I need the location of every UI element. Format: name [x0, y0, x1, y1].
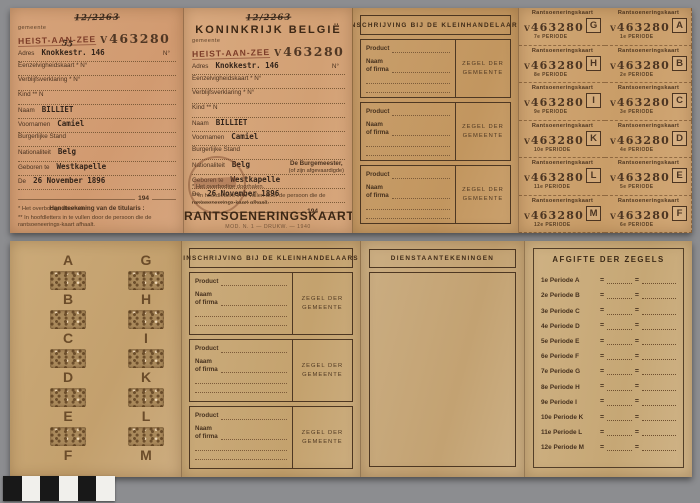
footnotes: * Het overbodige doorhalen. ** In hoofdl…	[192, 183, 344, 207]
field-label: Burgerlijke Stand	[192, 146, 240, 153]
ornament-stamp	[128, 349, 164, 368]
ornament-stamp	[50, 310, 86, 329]
field-label: Naam	[18, 107, 35, 114]
stamp-period: 5e PERIODE	[620, 184, 687, 190]
scale-segment	[59, 476, 78, 501]
letter-cell: G	[120, 253, 172, 292]
firm-name-label: Naamof firma	[195, 358, 218, 374]
year-prefix: 194	[138, 195, 149, 202]
retailer-block: Product Naamof firma ZEGEL DER GEMEENTE	[360, 165, 511, 224]
issue-row: 10e Periode K = =	[541, 406, 676, 421]
stamp-period: 11e PERIODE	[534, 184, 601, 190]
ornament-stamp	[128, 271, 164, 290]
issue-row: 9e Periode I = =	[541, 391, 676, 406]
stamp-period: 3e PERIODE	[620, 109, 687, 115]
field-row: Burgerlijke Stand	[18, 133, 176, 147]
field-label: Voornamen	[18, 121, 50, 128]
ration-stamp: Rantsoeneringskaart V463280 F 6e PERIODE	[605, 196, 692, 234]
stamp-serial: V463280	[610, 129, 670, 148]
field-label: Verblijfsverklaring * N°	[192, 89, 254, 96]
issue-row: 12e Periode M = =	[541, 436, 676, 451]
field-label: Eenzelvigheidskaart * N°	[18, 62, 87, 69]
panel-retailer-bottom: INSCHRIJVING BIJ DE KLEINHANDELAARS Prod…	[181, 241, 360, 477]
municipal-seal-cell: ZEGEL DER GEMEENTE	[292, 273, 352, 334]
field-label: De	[18, 178, 26, 185]
stamp-serial: V463280	[610, 91, 670, 110]
period-letter: I	[144, 331, 148, 345]
period-letter: E	[63, 409, 72, 423]
issue-row: 6e Periode F = =	[541, 345, 676, 360]
issue-row: 4e Periode D = =	[541, 315, 676, 330]
footnote-1: * Het overbodige doorhalen.	[18, 206, 175, 213]
stamp-serial: V463280	[524, 166, 584, 185]
municipal-seal-cell: ZEGEL DER GEMEENTE	[455, 166, 510, 223]
stamp-period: 10e PERIODE	[534, 147, 601, 153]
stamp-letter: H	[586, 56, 601, 71]
ration-stamp: Rantsoeneringskaart V463280 A 1e PERIODE	[605, 8, 692, 46]
issue-period-label: 10e Periode K	[541, 414, 597, 421]
period-letter: H	[141, 292, 151, 306]
field-row: Eenzelvigheidskaart * N°	[18, 62, 176, 76]
letter-cell: M	[120, 448, 172, 462]
period-letter: C	[63, 331, 73, 345]
firm-name-label: Naamof firma	[366, 184, 389, 200]
retailer-block: Product Naamof firma ZEGEL DER GEMEENTE	[189, 339, 353, 402]
ornament-stamp	[128, 427, 164, 446]
municipal-seal-cell: ZEGEL DER GEMEENTE	[292, 340, 352, 401]
field-row: Adres Knokkestr. 146 N°	[192, 61, 345, 75]
field-row: Nationaliteit Belg	[18, 147, 176, 161]
stamp-letter: B	[672, 56, 687, 71]
field-value: 26 November 1896	[29, 176, 176, 185]
issue-period-label: 4e Periode D	[541, 323, 597, 330]
issue-period-label: 2e Periode B	[541, 292, 597, 299]
stamp-serial: V463280	[524, 54, 584, 73]
retailer-block: Product Naamof firma ZEGEL DER GEMEENTE	[189, 272, 353, 335]
letter-column-right: G H I	[120, 253, 172, 462]
stamp-serial: V463280	[524, 91, 584, 110]
ornament-stamp	[50, 388, 86, 407]
period-letter: D	[63, 370, 73, 384]
period-letter: M	[140, 448, 152, 462]
field-label: Voornamen	[192, 134, 224, 141]
issue-row: 3e Periode C = =	[541, 299, 676, 314]
stamp-letter: G	[586, 18, 601, 33]
ration-stamp: Rantsoeneringskaart V463280 I 9e PERIODE	[519, 83, 605, 121]
field-value: BILLIET	[38, 105, 176, 114]
photo-scale-bar	[3, 476, 115, 501]
ration-stamp: Rantsoeneringskaart V463280 G 7e PERIODE	[519, 8, 605, 46]
letter-column-left: A B C	[42, 253, 94, 462]
identity-fields: Adres Knokkestr. 146 N° Eenzelvigheidska…	[18, 48, 176, 190]
ration-stamp: Rantsoeneringskaart V463280 B 2e PERIODE	[605, 46, 692, 84]
field-suffix: N°	[332, 63, 345, 70]
ration-stamp: Rantsoeneringskaart V463280 D 4e PERIODE	[605, 121, 692, 159]
footnote-2: ** In hoofdletters in te vullen door de …	[192, 193, 344, 207]
year-line: 194	[18, 195, 176, 202]
scale-segment	[3, 476, 22, 501]
stamp-letter: F	[672, 206, 687, 221]
letter-cell: L	[120, 409, 172, 448]
stamp-serial: V463280	[610, 204, 670, 223]
country-header: KONINKRIJK BELGIË	[192, 24, 345, 36]
firm-name-label: Naamof firma	[366, 121, 389, 137]
field-row: Verblijfsverklaring * N°	[192, 89, 345, 103]
letter-cell: F	[42, 448, 94, 462]
field-label: Geboren te	[18, 164, 50, 171]
stamp-letter: I	[586, 93, 601, 108]
stamp-letter: C	[672, 93, 687, 108]
issue-period-label: 5e Periode E	[541, 338, 597, 345]
stamp-period: 1e PERIODE	[620, 34, 687, 40]
issue-rows: 1e Periode A = = 2e Periode B = =	[541, 269, 676, 451]
panel-retailer-top: INSCHRIJVING BIJ DE KLEINHANDELAARS Prod…	[352, 8, 518, 233]
issue-period-label: 9e Periode I	[541, 399, 597, 406]
issue-row: 11e Periode L = =	[541, 421, 676, 436]
retailer-block: Product Naamof firma ZEGEL DER GEMEENTE	[360, 39, 511, 98]
field-label: Burgerlijke Stand	[18, 133, 66, 140]
panel-ration-stamps: Rantsoeneringskaart V463280 G 7e PERIODE…	[518, 8, 692, 233]
letter-cell: K	[120, 370, 172, 409]
panel-identity-official: 12/2263 KONINKRIJK BELGIË gemeente HEIST…	[183, 8, 352, 233]
retailer-block: Product Naamof firma ZEGEL DER GEMEENTE	[189, 406, 353, 469]
ration-card-back: A B C	[10, 241, 692, 477]
ornament-stamp	[128, 310, 164, 329]
issue-period-label: 6e Periode F	[541, 353, 597, 360]
field-row: Naam BILLIET	[18, 105, 176, 119]
ration-stamp: Rantsoeneringskaart V463280 L 11e PERIOD…	[519, 158, 605, 196]
municipality-stamp-text: HEIST-AAN-ZEE	[192, 47, 270, 60]
stamp-serial: V463280	[610, 16, 670, 35]
footnote-1: * Het overbodige doorhalen.	[192, 184, 344, 191]
stamp-grid: Rantsoeneringskaart V463280 G 7e PERIODE…	[519, 8, 692, 233]
issue-period-label: 7e Periode G	[541, 368, 597, 375]
ration-stamp: Rantsoeneringskaart V463280 C 3e PERIODE	[605, 83, 692, 121]
product-label: Product	[366, 171, 389, 179]
municipal-seal-cell: ZEGEL DER GEMEENTE	[455, 103, 510, 160]
scale-segment	[78, 476, 97, 501]
card-title: RANTSOENERINGSKAART	[184, 209, 352, 223]
period-letter: G	[141, 253, 152, 267]
stamp-letter: L	[586, 168, 601, 183]
issue-period-label: 3e Periode C	[541, 308, 597, 315]
letter-cell: D	[42, 370, 94, 409]
firm-name-label: Naamof firma	[366, 58, 389, 74]
field-value: Knokkestr. 146	[211, 61, 328, 70]
stamp-letter: K	[586, 131, 601, 146]
ornament-stamp	[128, 388, 164, 407]
field-value: Belg	[54, 147, 176, 156]
field-label: Verblijfsverklaring * N°	[18, 76, 80, 83]
municipal-seal-cell: ZEGEL DER GEMEENTE	[292, 407, 352, 468]
handwritten-note: 55	[61, 37, 73, 48]
stamp-serial: V463280	[524, 204, 584, 223]
stamp-serial: V463280	[524, 129, 584, 148]
firm-name-label: Naamof firma	[195, 425, 218, 441]
field-row: Geboren te Westkapelle	[18, 162, 176, 176]
product-label: Product	[195, 412, 218, 420]
ration-stamp: Rantsoeneringskaart V463280 E 5e PERIODE	[605, 158, 692, 196]
stamp-period: 2e PERIODE	[620, 72, 687, 78]
issue-row: 8e Periode H = =	[541, 375, 676, 390]
issue-period-label: 8e Periode H	[541, 384, 597, 391]
municipality-row: HEIST-AAN-ZEE V463280	[192, 44, 345, 59]
handwritten-reference: 12/2263	[18, 12, 176, 25]
issue-row: 2e Periode B = =	[541, 284, 676, 299]
field-label: Adres	[18, 50, 34, 57]
ration-card-front: 12/2263 gemeente HEIST-AAN-ZEE V463280 5…	[10, 8, 692, 233]
field-label: Kind ** N	[192, 104, 218, 111]
letter-cell: B	[42, 292, 94, 331]
period-letter: K	[141, 370, 151, 384]
field-label: Kind ** N	[18, 91, 44, 98]
period-letter: F	[64, 448, 73, 462]
issue-period-label: 1e Periode A	[541, 277, 597, 284]
period-letter: B	[63, 292, 73, 306]
field-label: Naam	[192, 120, 209, 127]
field-row: Eenzelvigheidskaart * N°	[192, 75, 345, 89]
ornament-stamp	[50, 271, 86, 290]
municipal-seal-cell: ZEGEL DER GEMEENTE	[455, 40, 510, 97]
field-label: Adres	[192, 63, 208, 70]
letter-cell: C	[42, 331, 94, 370]
panel-stamp-issue: AFGIFTE DER ZEGELS 1e Periode A = =	[524, 241, 692, 477]
burgemeester-block: De Burgemeester, (of zijn afgevaardigde)	[289, 160, 344, 175]
product-label: Product	[366, 108, 389, 116]
field-row: Kind ** N	[192, 104, 345, 118]
ration-stamp: Rantsoeneringskaart V463280 K 10e PERIOD…	[519, 121, 605, 159]
field-value: Westkapelle	[53, 162, 176, 171]
stamp-period: 4e PERIODE	[620, 147, 687, 153]
fine-print: MOD. N. 1 — DRUKW. — 1940	[184, 224, 352, 230]
issue-period-label: 12e Periode M	[541, 444, 597, 451]
municipality-stamp-text: HEIST-AAN-ZEE	[18, 34, 96, 47]
letter-cell: I	[120, 331, 172, 370]
product-label: Product	[366, 45, 389, 53]
panel-identity-duplicate: 12/2263 gemeente HEIST-AAN-ZEE V463280 5…	[10, 8, 183, 233]
issue-title: AFGIFTE DER ZEGELS	[541, 255, 676, 264]
footnote-2: ** In hoofdletters in te vullen door de …	[18, 215, 175, 229]
panel-letter-index: A B C	[10, 241, 181, 477]
field-row: Voornamen Camiel	[192, 132, 345, 146]
municipality-row: HEIST-AAN-ZEE V463280	[18, 31, 176, 46]
stamp-serial: V463280	[524, 16, 584, 35]
period-letter: L	[142, 409, 151, 423]
letter-cell: H	[120, 292, 172, 331]
field-row: Kind ** N	[18, 91, 176, 105]
retailer-block: Product Naamof firma ZEGEL DER GEMEENTE	[360, 102, 511, 161]
stamp-serial: V463280	[610, 166, 670, 185]
scanned-photo-background: 12/2263 gemeente HEIST-AAN-ZEE V463280 5…	[0, 0, 700, 503]
issue-period-label: 11e Periode L	[541, 429, 597, 436]
field-label: Nationaliteit	[18, 149, 51, 156]
ornament-stamp	[50, 349, 86, 368]
ration-stamp: Rantsoeneringskaart V463280 H 8e PERIODE	[519, 46, 605, 84]
stamp-serial: V463280	[610, 54, 670, 73]
ornament-stamp	[50, 427, 86, 446]
field-suffix: N°	[163, 50, 176, 57]
issue-row: 1e Periode A = =	[541, 269, 676, 284]
letter-cell: E	[42, 409, 94, 448]
retailer-header: INSCHRIJVING BIJ DE KLEINHANDELAARS	[189, 248, 353, 268]
period-letter: A	[63, 253, 73, 267]
stamp-period: 12e PERIODE	[534, 222, 601, 228]
field-value: Knokkestr. 146	[37, 48, 159, 57]
field-row: Adres Knokkestr. 146 N°	[18, 48, 176, 62]
issue-row: 7e Periode G = =	[541, 360, 676, 375]
stamp-period: 6e PERIODE	[620, 222, 687, 228]
field-row: Verblijfsverklaring * N°	[18, 76, 176, 90]
letter-cell: A	[42, 253, 94, 292]
scale-segment	[40, 476, 59, 501]
field-value: Camiel	[227, 132, 345, 141]
card-serial-number: V463280	[100, 31, 170, 46]
field-row: De 26 November 1896	[18, 176, 176, 190]
field-row: Naam BILLIET	[192, 118, 345, 132]
scale-segment	[22, 476, 41, 501]
stamp-letter: A	[672, 18, 687, 33]
service-notes-header: DIENSTAANTEKENINGEN	[369, 249, 516, 268]
footnotes: * Het overbodige doorhalen. ** In hoofdl…	[18, 205, 175, 229]
stamp-letter: M	[586, 206, 601, 221]
card-serial-number: V463280	[274, 44, 344, 59]
field-label: Eenzelvigheidskaart * N°	[192, 75, 261, 82]
issue-row: 5e Periode E = =	[541, 330, 676, 345]
field-row: Voornamen Camiel	[18, 119, 176, 133]
stamp-letter: D	[672, 131, 687, 146]
retailer-header: INSCHRIJVING BIJ DE KLEINHANDELAARS	[360, 15, 511, 35]
panel-service-notes: DIENSTAANTEKENINGEN	[360, 241, 524, 477]
stamp-letter: E	[672, 168, 687, 183]
service-notes-box	[369, 272, 516, 467]
field-value: BILLIET	[212, 118, 345, 127]
product-label: Product	[195, 345, 218, 353]
ration-stamp: Rantsoeneringskaart V463280 M 12e PERIOD…	[519, 196, 605, 234]
scale-segment	[96, 476, 115, 501]
handwritten-reference: 12/2263	[192, 12, 345, 25]
product-label: Product	[195, 278, 218, 286]
field-value: Camiel	[53, 119, 176, 128]
firm-name-label: Naamof firma	[195, 291, 218, 307]
